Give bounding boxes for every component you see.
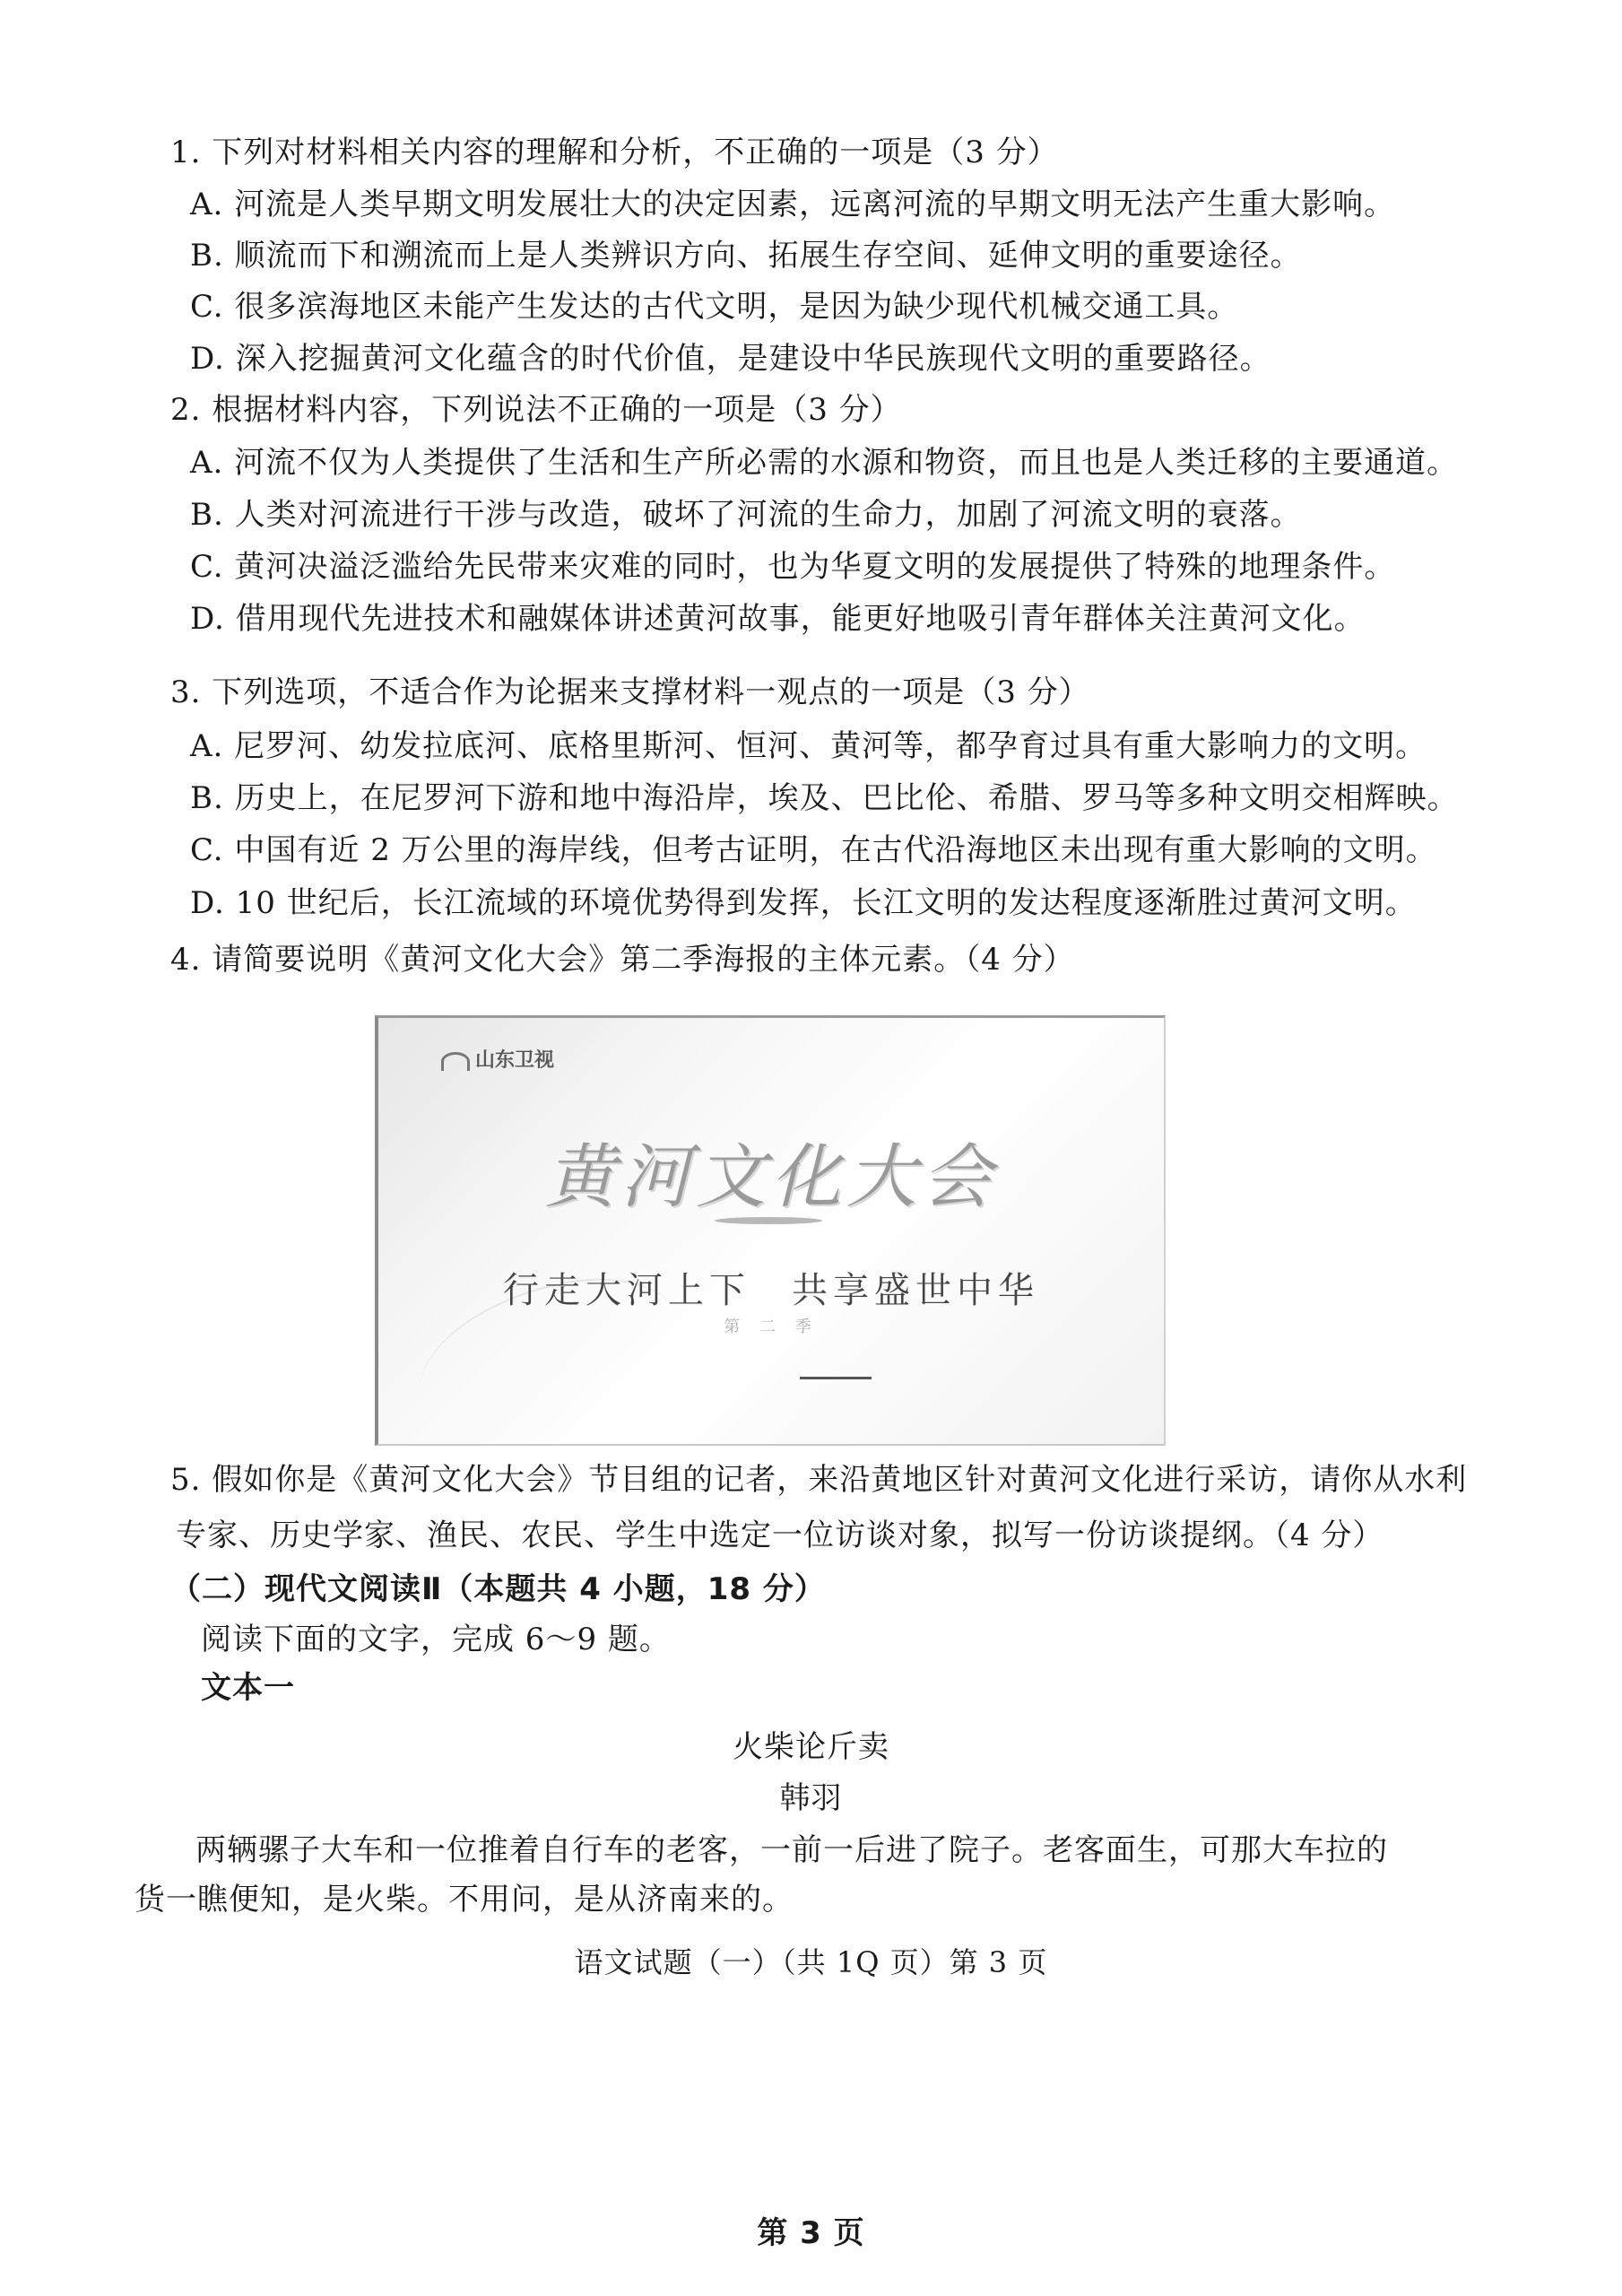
exam-footer: 语文试题（一）（共 1Q 页）第 3 页 xyxy=(0,1944,1622,1980)
station-logo-icon xyxy=(441,1052,470,1071)
question-1-option-d: D. 深入挖掘黄河文化蕴含的时代价值，是建设中华民族现代文明的重要路径。 xyxy=(190,341,1271,377)
article-paragraph-line-2: 货一瞧便知，是火柴。不用问，是从济南来的。 xyxy=(134,1882,794,1918)
page-number: 第 3 页 xyxy=(0,2215,1622,2251)
question-1-option-a: A. 河流是人类早期文明发展壮大的决定因素，远离河流的早期文明无法产生重大影响。 xyxy=(190,187,1395,222)
logo-text: 山东卫视 xyxy=(475,1049,554,1072)
question-3-option-c: C. 中国有近 2 万公里的海岸线，但考古证明，在古代沿海地区未出现有重大影响的… xyxy=(190,832,1437,868)
question-2-option-c: C. 黄河决溢泛滥给先民带来灾难的同时，也为华夏文明的发展提供了特殊的地理条件。 xyxy=(190,549,1395,585)
poster-dash xyxy=(800,1377,872,1379)
article-title: 火柴论斤卖 xyxy=(0,1729,1622,1765)
section-instruction: 阅读下面的文字，完成 6～9 题。 xyxy=(201,1622,671,1657)
question-5-stem-line-2: 专家、历史学家、渔民、农民、学生中选定一位访谈对象，拟写一份访谈提纲。（4 分） xyxy=(176,1518,1383,1553)
question-3-stem: 3. 下列选项，不适合作为论据来支撑材料一观点的一项是（3 分） xyxy=(170,674,1090,710)
question-2-option-a: A. 河流不仅为人类提供了生活和生产所必需的水源和物资，而且也是人类迁移的主要通… xyxy=(190,445,1458,481)
question-5-stem-line-1: 5. 假如你是《黄河文化大会》节目组的记者，来沿黄地区针对黄河文化进行采访，请你… xyxy=(170,1462,1467,1498)
tv-station-logo: 山东卫视 xyxy=(441,1045,554,1073)
article-paragraph-line-1: 两辆骡子大车和一位推着自行车的老客，一前一后进了院子。老客面生，可那大车拉的 xyxy=(195,1832,1388,1868)
poster-subtitle: 第 二 季 xyxy=(378,1314,1164,1337)
poster-image: 山东卫视 黄河文化大会 行走大河上下 共享盛世中华 第 二 季 xyxy=(375,1015,1166,1446)
article-author: 韩羽 xyxy=(0,1780,1622,1816)
question-2-option-b: B. 人类对河流进行干涉与改造，破坏了河流的生命力，加剧了河流文明的衰落。 xyxy=(190,497,1302,533)
poster-calligraphy-title: 黄河文化大会 xyxy=(378,1121,1164,1222)
question-1-option-b: B. 顺流而下和溯流而上是人类辨识方向、拓展生存空间、延伸文明的重要途径。 xyxy=(190,238,1302,274)
section-heading: （二）现代文阅读Ⅱ（本题共 4 小题，18 分） xyxy=(170,1571,826,1607)
question-1-stem: 1. 下列对材料相关内容的理解和分析，不正确的一项是（3 分） xyxy=(170,135,1059,170)
question-1-option-c: C. 很多滨海地区未能产生发达的古代文明，是因为缺少现代机械交通工具。 xyxy=(190,289,1238,325)
question-2-option-d: D. 借用现代先进技术和融媒体讲述黄河故事，能更好地吸引青年群体关注黄河文化。 xyxy=(190,601,1366,637)
title-emblem xyxy=(715,1217,822,1224)
question-4-stem: 4. 请简要说明《黄河文化大会》第二季海报的主体元素。（4 分） xyxy=(170,942,1075,978)
poster-slogan: 行走大河上下 共享盛世中华 xyxy=(378,1262,1164,1313)
text-label: 文本一 xyxy=(201,1670,295,1706)
question-3-option-b: B. 历史上，在尼罗河下游和地中海沿岸，埃及、巴比伦、希腊、罗马等多种文明交相辉… xyxy=(190,780,1459,816)
question-2-stem: 2. 根据材料内容，下列说法不正确的一项是（3 分） xyxy=(170,392,902,428)
question-3-option-a: A. 尼罗河、幼发拉底河、底格里斯河、恒河、黄河等，都孕育过具有重大影响力的文明… xyxy=(190,728,1427,764)
question-3-option-d: D. 10 世纪后，长江流域的环境优势得到发挥，长江文明的发达程度逐渐胜过黄河文… xyxy=(190,885,1417,921)
